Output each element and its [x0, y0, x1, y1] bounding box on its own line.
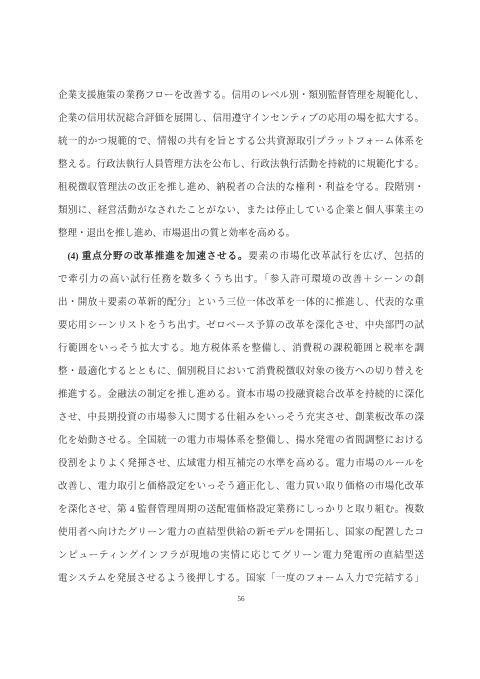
- document-line: (4) 重点分野の改革推進を加速させる。要素の市場化改革試行を広げ、包括的: [58, 246, 424, 269]
- document-line: で牽引力の高い試行任務を数多くうち出す。「参入許可環境の改善＋シーンの創: [58, 269, 424, 292]
- document-line: 類別に、経営活動がなされたことがない、または停止している企業と個人事業主の: [58, 200, 424, 223]
- text-segment: 租税徴収管理法の改正を推し進め、納税者の合法的な権利・利益を守る。段階別・: [58, 183, 424, 193]
- text-segment: を深化させ、第 4 監督管理周期の送配電価格設定業務にしっかりと取り組む。複数: [58, 505, 424, 515]
- document-line: 行範囲をいっそう拡大する。地方税体系を整備し、消費税の課税範囲と税率を調: [58, 338, 424, 361]
- document-line: 電システムを発展させるよう後押しする。国家「一度のフォーム入力で完結する」: [58, 568, 424, 591]
- text-segment: 使用者へ向けたグリーン電力の直結型供給の新モデルを開拓し、国家の配置したコ: [58, 528, 424, 538]
- document-line: 企業の信用状況総合評価を展開し、信用遵守インセンティブの応用の場を拡大する。: [58, 108, 424, 131]
- document-line: 推進する。金融法の制定を推し進める。資本市場の投融資総合改革を持続的に深化: [58, 384, 424, 407]
- document-line: 要応用シーンリストをうち出す。ゼロベース予算の改革を深化させ、中央部門の試: [58, 315, 424, 338]
- document-line: 整理・退出を推し進め、市場退出の質と効率を高める。: [58, 223, 424, 246]
- document-line: 整える。行政法執行人員管理方法を公布し、行政法執行活動を持続的に規範化する。: [58, 154, 424, 177]
- document-line: 使用者へ向けたグリーン電力の直結型供給の新モデルを開拓し、国家の配置したコ: [58, 522, 424, 545]
- text-segment: 整・最適化するとともに、個別税目において消費税徴収対象の後方への切り替えを: [58, 367, 424, 377]
- document-line: 租税徴収管理法の改正を推し進め、納税者の合法的な権利・利益を守る。段階別・: [58, 177, 424, 200]
- text-segment: 化を始動させる。全国統一の電力市場体系を整備し、揚水発電の省間調整における: [58, 436, 424, 446]
- page-number: 56: [58, 594, 424, 604]
- text-segment: 企業支援施策の業務フローを改善する。信用のレベル別・類別監督管理を規範化し、: [58, 91, 424, 101]
- document-line: を深化させ、第 4 監督管理周期の送配電価格設定業務にしっかりと取り組む。複数: [58, 499, 424, 522]
- paragraph: 企業支援施策の業務フローを改善する。信用のレベル別・類別監督管理を規範化し、企業…: [58, 85, 424, 246]
- document-line: させ、中長期投資の市場参入に関する仕組みをいっそう充実させ、創業板改革の深: [58, 407, 424, 430]
- text-segment: 改善し、電力取引と価格設定をいっそう適正化し、電力買い取り価格の市場化改革: [58, 482, 424, 492]
- document-page: 企業支援施策の業務フローを改善する。信用のレベル別・類別監督管理を規範化し、企業…: [0, 0, 480, 679]
- document-body: 企業支援施策の業務フローを改善する。信用のレベル別・類別監督管理を規範化し、企業…: [58, 85, 424, 591]
- document-line: 化を始動させる。全国統一の電力市場体系を整備し、揚水発電の省間調整における: [58, 430, 424, 453]
- text-segment: 要素の市場化改革試行を広げ、包括的: [248, 252, 424, 262]
- document-line: 整・最適化するとともに、個別税目において消費税徴収対象の後方への切り替えを: [58, 361, 424, 384]
- document-line: 役割をよりよく発揮させ、広域電力相互補完の水準を高める。電力市場のルールを: [58, 453, 424, 476]
- text-segment: 要応用シーンリストをうち出す。ゼロベース予算の改革を深化させ、中央部門の試: [58, 321, 424, 331]
- text-segment: 整理・退出を推し進め、市場退出の質と効率を高める。: [58, 229, 295, 239]
- text-segment: で牽引力の高い試行任務を数多くうち出す。「参入許可環境の改善＋シーンの創: [58, 275, 424, 285]
- text-segment: 統一的かつ規範的で、情報の共有を旨とする公共資源取引プラットフォーム体系を: [58, 137, 424, 147]
- text-segment: ンピューティングインフラが現地の実情に応じてグリーン電力発電所の直結型送: [58, 551, 424, 561]
- section-heading: (4) 重点分野の改革推進を加速させる。: [68, 252, 249, 262]
- document-line: ンピューティングインフラが現地の実情に応じてグリーン電力発電所の直結型送: [58, 545, 424, 568]
- text-segment: 整える。行政法執行人員管理方法を公布し、行政法執行活動を持続的に規範化する。: [58, 160, 424, 170]
- document-line: 改善し、電力取引と価格設定をいっそう適正化し、電力買い取り価格の市場化改革: [58, 476, 424, 499]
- document-line: 企業支援施策の業務フローを改善する。信用のレベル別・類別監督管理を規範化し、: [58, 85, 424, 108]
- text-segment: 推進する。金融法の制定を推し進める。資本市場の投融資総合改革を持続的に深化: [58, 390, 424, 400]
- text-segment: 行範囲をいっそう拡大する。地方税体系を整備し、消費税の課税範囲と税率を調: [58, 344, 424, 354]
- document-line: 出・開放＋要素の革新的配分」という三位一体改革を一体的に推進し、代表的な重: [58, 292, 424, 315]
- paragraph: (4) 重点分野の改革推進を加速させる。要素の市場化改革試行を広げ、包括的で牽引…: [58, 246, 424, 591]
- text-segment: 役割をよりよく発揮させ、広域電力相互補完の水準を高める。電力市場のルールを: [58, 459, 424, 469]
- text-segment: 電システムを発展させるよう後押しする。国家「一度のフォーム入力で完結する」: [58, 574, 424, 584]
- text-segment: 出・開放＋要素の革新的配分」という三位一体改革を一体的に推進し、代表的な重: [58, 298, 424, 308]
- document-line: 統一的かつ規範的で、情報の共有を旨とする公共資源取引プラットフォーム体系を: [58, 131, 424, 154]
- text-segment: 企業の信用状況総合評価を展開し、信用遵守インセンティブの応用の場を拡大する。: [58, 114, 424, 124]
- text-segment: させ、中長期投資の市場参入に関する仕組みをいっそう充実させ、創業板改革の深: [58, 413, 424, 423]
- text-segment: 類別に、経営活動がなされたことがない、または停止している企業と個人事業主の: [58, 206, 424, 216]
